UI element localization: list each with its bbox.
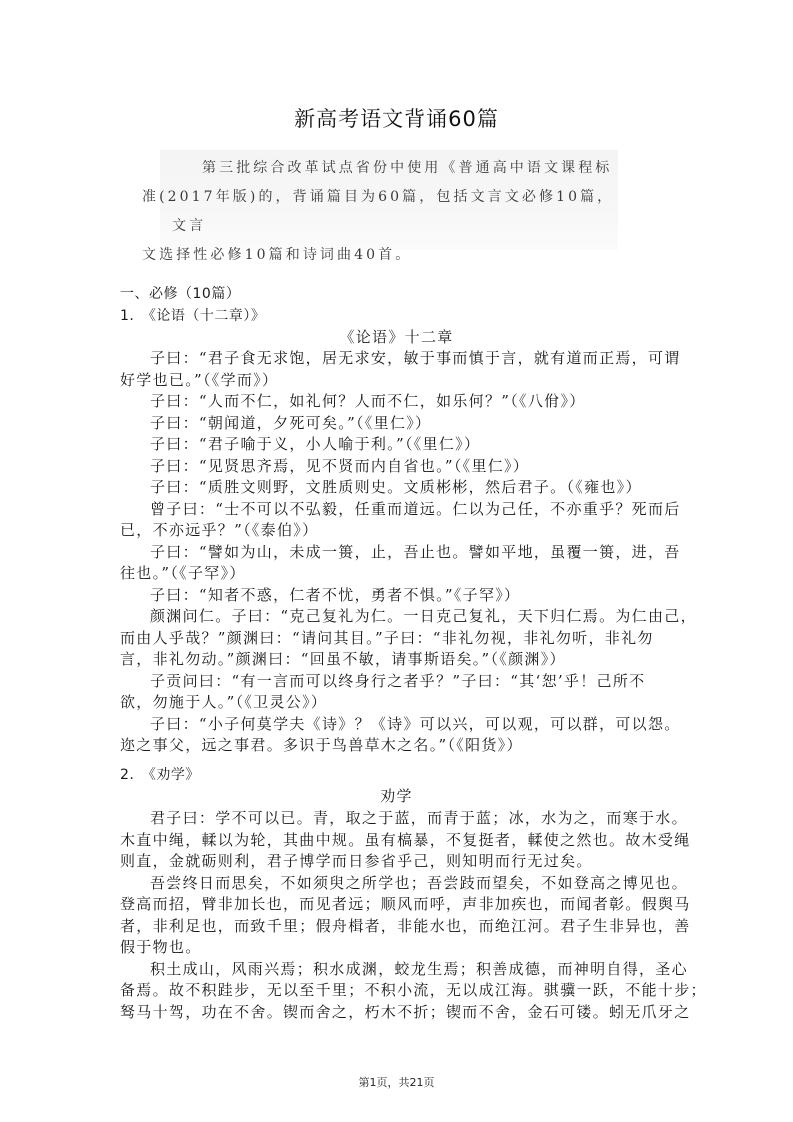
text-line: 吾尝终日而思矣，不如须臾之所学也；吾尝跂而望矣，不如登高之博见也。: [150, 873, 710, 893]
text-line: 子曰：“质胜文则野，文胜质则史。文质彬彬，然后君子。（《雍也》）: [150, 477, 710, 497]
text-line: 子曰：“譬如为山，未成一篑，止，吾止也。譬如平地，虽覆一篑，进，吾: [150, 542, 710, 562]
text-line: 假于物也。: [120, 937, 680, 957]
text-line: 已，不亦远乎？”（《泰伯》）: [120, 520, 680, 540]
text-line: 君子曰：学不可以已。青，取之于蓝，而青于蓝；冰，水为之，而寒于水。: [150, 808, 710, 828]
text-line: 曾子曰：“士不可以不弘毅，任重而道远。仁以为己任，不亦重乎？死而后: [150, 499, 710, 519]
text-line: 木直中绳，輮以为轮，其曲中规。虽有槁暴，不复挺者，輮使之然也。故木受绳: [120, 830, 680, 850]
text-line: 好学也已。”（《学而》）: [120, 370, 680, 390]
item-1-subtitle: 《论语》十二章: [0, 327, 793, 347]
item-2-subtitle: 劝学: [0, 786, 793, 806]
text-line: 颜渊问仁。子曰：“克己复礼为仁。一日克己复礼，天下归仁焉。为仁由己，: [150, 606, 710, 626]
intro-line-1: 第三批综合改革试点省份中使用《普通高中语文课程标: [202, 160, 612, 176]
text-line: 子曰：“小子何莫学夫《诗》？《诗》可以兴，可以观，可以群，可以怨。: [150, 714, 710, 734]
text-line: 往也。”（《子罕》）: [120, 563, 680, 583]
text-line: 备焉。故不积跬步，无以至千里；不积小流，无以成江海。骐骥一跃，不能十步；: [120, 980, 680, 1000]
item-2-heading: 2. 《劝学》: [120, 765, 680, 785]
text-line: 子曰：“君子喻于义，小人喻于利。”（《里仁》）: [150, 434, 710, 454]
document-title: 新高考语文背诵60篇: [0, 103, 793, 133]
text-line: 子曰：“知者不惑，仁者不忧，勇者不惧。”《子罕》）: [150, 585, 710, 605]
text-line: 而由人乎哉？”颜渊曰：“请问其目。”子曰：“非礼勿视，非礼勿听，非礼勿: [120, 628, 680, 648]
text-line: 欲，勿施于人。”（《卫灵公》）: [120, 692, 680, 712]
intro-paragraph: 第三批综合改革试点省份中使用《普通高中语文课程标 准(2017年版)的，背诵篇目…: [172, 154, 616, 270]
item-1-heading: 1. 《论语（十二章）》: [120, 306, 680, 326]
text-line: 言，非礼勿动。”颜渊曰：“回虽不敏，请事斯语矣。”（《颜渊》）: [120, 649, 680, 669]
intro-line-3: 文选择性必修10篇和诗词曲40首。: [142, 247, 412, 263]
text-line: 子曰：“人而不仁，如礼何？人而不仁，如乐何？”（《八佾》）: [150, 391, 710, 411]
text-line: 驽马十驾，功在不舍。锲而舍之，朽木不折；锲而不舍，金石可镂。蚓无爪牙之: [120, 1002, 680, 1022]
text-line: 积土成山，风雨兴焉；积水成渊，蛟龙生焉；积善成德，而神明自得，圣心: [150, 959, 710, 979]
section-heading: 一、必修（10篇）: [120, 284, 680, 304]
text-line: 登高而招，臂非加长也，而见者远；顺风而呼，声非加疾也，而闻者彰。假舆马: [120, 894, 680, 914]
text-line: 子贡问曰：“有一言而可以终身行之者乎？”子曰：“其‘恕’乎！己所不: [150, 671, 710, 691]
text-line: 者，非利足也，而致千里；假舟楫者，非能水也，而绝江河。君子生非异也，善: [120, 916, 680, 936]
intro-scan-block: 第三批综合改革试点省份中使用《普通高中语文课程标 准(2017年版)的，背诵篇目…: [160, 150, 618, 250]
document-page: 新高考语文背诵60篇 第三批综合改革试点省份中使用《普通高中语文课程标 准(20…: [0, 0, 793, 1122]
text-line: 迩之事父，远之事君。多识于鸟兽草木之名。”（《阳货》）: [120, 735, 680, 755]
text-line: 子曰：“见贤思齐焉，见不贤而内自省也。”（《里仁》）: [150, 456, 710, 476]
page-indicator: 第1页，共21页: [0, 1074, 793, 1090]
text-line: 子曰：“君子食无求饱，居无求安，敏于事而慎于言，就有道而正焉，可谓: [150, 348, 710, 368]
text-line: 则直，金就砺则利，君子博学而日参省乎己，则知明而行无过矣。: [120, 851, 680, 871]
intro-line-2: 准(2017年版)的，背诵篇目为60篇，包括文言文必修10篇，文言: [142, 189, 614, 234]
text-line: 子曰：“朝闻道，夕死可矣。”（《里仁》）: [150, 413, 710, 433]
